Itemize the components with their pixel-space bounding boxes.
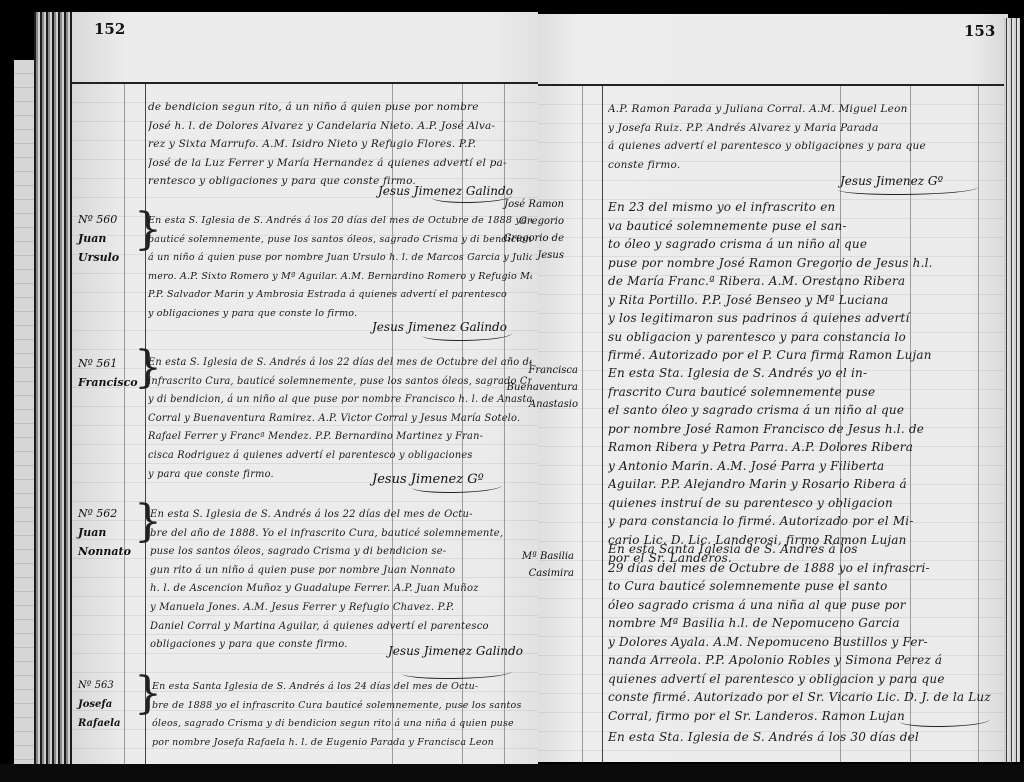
- entry-line: José h. l. de Dolores Alvarez y Candelar…: [148, 117, 532, 136]
- page-number-right: 153: [964, 22, 995, 40]
- entry-line: En esta S. Iglesia de S. Andrés á los 22…: [150, 506, 532, 525]
- baptism-entry-start: En esta Sta. Iglesia de S. Andrés á los …: [608, 728, 1000, 747]
- baptism-entry-560: En esta S. Iglesia de S. Andrés á los 20…: [148, 212, 532, 324]
- left-page: 152 de bendicion segun rito, á un niño á…: [72, 12, 538, 764]
- margin-note: José Ramon Gregorio Gregorio de Jesus: [494, 196, 564, 264]
- entry-line: 29 días del mes de Octubre de 1888 yo el…: [608, 559, 1000, 578]
- entry-line: En esta S. Iglesia de S. Andrés á los 22…: [148, 354, 532, 373]
- entry-line: por nombre Josefa Rafaela h. l. de Eugen…: [152, 734, 532, 753]
- entry-line: y Dolores Ayala. A.M. Nepomuceno Bustill…: [608, 633, 1000, 652]
- entry-line: En esta Santa Iglesia de S. Andrés á los…: [152, 678, 532, 697]
- entry-line: to óleo y sagrado crisma á un niño al qu…: [608, 235, 1000, 254]
- entry-line: h. l. de Ascencion Muñoz y Guadalupe Fer…: [150, 580, 532, 599]
- baptism-entry-563: En esta Santa Iglesia de S. Andrés á los…: [152, 678, 532, 752]
- entry-line: óleos, sagrado Crisma y di bendicion seg…: [152, 715, 532, 734]
- column-rule: [124, 84, 125, 764]
- entry-line: En esta S. Iglesia de S. Andrés á los 20…: [148, 212, 532, 231]
- entry-line: gun rito á un niño á quien puse por nomb…: [150, 562, 532, 581]
- entry-line: frascrito Cura bauticé solemnemente puse: [608, 383, 1000, 402]
- entry-line: conste firmo.: [608, 156, 998, 175]
- baptism-entry-jose-ramon-francisco: En esta Sta. Iglesia de S. Andrés yo el …: [608, 364, 1000, 568]
- entry-line: José de la Luz Ferrer y María Hernandez …: [148, 154, 532, 173]
- entry-line: cisca Rodriguez á quienes advertí el par…: [148, 447, 532, 466]
- entry-line: infrascrito Cura, bauticé solemnemente, …: [148, 373, 532, 392]
- margin-note-line: Gregorio de Jesus: [494, 230, 564, 264]
- entry-line: su obligacion y parentesco y para consta…: [608, 328, 1000, 347]
- entry-line: Daniel Corral y Martina Aguilar, á quien…: [150, 618, 532, 637]
- entry-line: y Manuela Jones. A.M. Jesus Ferrer y Ref…: [150, 599, 532, 618]
- entry-line: bauticé solemnemente, puse los santos ól…: [148, 231, 532, 250]
- entry-line: Aguilar. P.P. Alejandro Marin y Rosario …: [608, 475, 1000, 494]
- left-page-stack-edge: [34, 12, 74, 764]
- signature: Jesus Jimenez Galindo: [388, 644, 523, 658]
- entry-line: conste firmé. Autorizado por el Sr. Vica…: [608, 688, 1000, 707]
- entry-line: bre de 1888 yo el infrascrito Cura bauti…: [152, 697, 532, 716]
- entry-line: firmé. Autorizado por el P. Cura firma R…: [608, 346, 1000, 365]
- entry-line: En 23 del mismo yo el infrascrito en: [608, 198, 1000, 217]
- entry-number: Nº 561: [78, 354, 138, 373]
- margin-note-line: Gregorio: [494, 213, 564, 230]
- entry-line: mero. A.P. Sixto Romero y Mª Aguilar. A.…: [148, 268, 532, 287]
- entry-margin-id: Nº 560 Juan Ursulo: [78, 210, 119, 267]
- entry-margin-id: Nº 562 Juan Nonnato: [78, 504, 131, 561]
- entry-margin-id: Nº 561 Francisco: [78, 354, 138, 392]
- entry-line: Rafael Ferrer y Francª Mendez. P.P. Bern…: [148, 428, 532, 447]
- entry-line: quienes advertí el parentesco y obligaci…: [608, 670, 1000, 689]
- entry-line: P.P. Salvador Marin y Ambrosia Estrada á…: [148, 286, 532, 305]
- entry-line: nombre Mª Basilia h.l. de Nepomuceno Gar…: [608, 614, 1000, 633]
- baptism-entry-ma-basilia: En esta Santa Iglesia de S. Andrés á los…: [608, 540, 1000, 725]
- entry-line: y Antonio Marin. A.M. José Parra y Filib…: [608, 457, 1000, 476]
- baptized-name: Francisco: [78, 373, 138, 392]
- baptism-entry-jose-ramon-gregorio: En 23 del mismo yo el infrascrito en va …: [608, 198, 1000, 365]
- entry-line: puse por nombre José Ramon Gregorio de J…: [608, 254, 1000, 273]
- entry-line: por nombre José Ramon Francisco de Jesus…: [608, 420, 1000, 439]
- entry-line: el santo óleo y sagrado crisma á un niño…: [608, 401, 1000, 420]
- right-page: 153 A.P. Ramon Parada y Juliana Corral. …: [538, 14, 1008, 762]
- continuation-entry-left: de bendicion segun rito, á un niño á qui…: [148, 98, 532, 191]
- entry-line: Corral y Buenaventura Ramirez. A.P. Vict…: [148, 410, 532, 429]
- entry-line: nanda Arreola. P.P. Apolonio Robles y Si…: [608, 651, 1000, 670]
- column-rule: [145, 84, 146, 764]
- continuation-entry-right: A.P. Ramon Parada y Juliana Corral. A.M.…: [608, 100, 998, 174]
- entry-line: bre del año de 1888. Yo el infrascrito C…: [150, 525, 532, 544]
- entry-line: rez y Sixta Marrufo. A.M. Isidro Nieto y…: [148, 135, 532, 154]
- entry-line: puse los santos óleos, sagrado Crisma y …: [150, 543, 532, 562]
- margin-note: Mª Basilia Casimira: [498, 548, 574, 582]
- entry-line: En esta Sta. Iglesia de S. Andrés yo el …: [608, 364, 1000, 383]
- baptized-name: Juan: [78, 523, 131, 542]
- entry-number: Nº 562: [78, 504, 131, 523]
- margin-note-line: Casimira: [498, 565, 574, 582]
- margin-note-line: José Ramon: [494, 196, 564, 213]
- entry-line: va bauticé solemnemente puse el san-: [608, 217, 1000, 236]
- scan-bottom-edge: [0, 764, 1024, 782]
- entry-line: A.P. Ramon Parada y Juliana Corral. A.M.…: [608, 100, 998, 119]
- entry-number: Nº 563: [78, 676, 120, 695]
- entry-line: á quienes advertí el parentesco y obliga…: [608, 137, 998, 156]
- entry-line: y di bendicion, á un niño al que puse po…: [148, 391, 532, 410]
- baptized-name: Ursulo: [78, 248, 119, 267]
- entry-line: En esta Santa Iglesia de S. Andrés á los: [608, 540, 1000, 559]
- column-rule: [582, 86, 583, 762]
- entry-margin-id: Nº 563 Josefa Rafaela: [78, 676, 120, 733]
- baptism-entry-561: En esta S. Iglesia de S. Andrés á los 22…: [148, 354, 532, 484]
- entry-line: y Josefa Ruiz. P.P. Andrés Alvarez y Mar…: [608, 119, 998, 138]
- entry-line: á un niño á quien puse por nombre Juan U…: [148, 249, 532, 268]
- baptized-name: Juan: [78, 229, 119, 248]
- margin-note: Francisca Buenaventura Anastasio: [478, 362, 578, 413]
- entry-line: to Cura bauticé solemnemente puse el san…: [608, 577, 1000, 596]
- entry-line: de María Franc.ª Ribera. A.M. Orestano R…: [608, 272, 1000, 291]
- margin-note-line: Anastasio: [478, 396, 578, 413]
- entry-line: de bendicion segun rito, á un niño á qui…: [148, 98, 532, 117]
- entry-line: Ramon Ribera y Petra Parra. A.P. Dolores…: [608, 438, 1000, 457]
- entry-line: y los legitimaron sus padrinos á quienes…: [608, 309, 1000, 328]
- entry-number: Nº 560: [78, 210, 119, 229]
- margin-note-line: Francisca: [478, 362, 578, 379]
- baptism-entry-562: En esta S. Iglesia de S. Andrés á los 22…: [150, 506, 532, 655]
- baptized-name: Josefa: [78, 695, 120, 714]
- margin-note-line: Mª Basilia: [498, 548, 574, 565]
- right-page-stack-edge: [1004, 18, 1020, 762]
- baptized-name: Nonnato: [78, 542, 131, 561]
- column-rule: [602, 86, 603, 762]
- margin-note-line: Buenaventura: [478, 379, 578, 396]
- entry-line: En esta Sta. Iglesia de S. Andrés á los …: [608, 728, 1000, 747]
- page-number-left: 152: [94, 20, 125, 38]
- entry-line: quienes instruí de su parentesco y oblig…: [608, 494, 1000, 513]
- entry-line: y para constancia lo firmé. Autorizado p…: [608, 512, 1000, 531]
- entry-line: óleo sagrado crisma á una niña al que pu…: [608, 596, 1000, 615]
- entry-line: y Rita Portillo. P.P. José Benseo y Mª L…: [608, 291, 1000, 310]
- baptized-name: Rafaela: [78, 714, 120, 733]
